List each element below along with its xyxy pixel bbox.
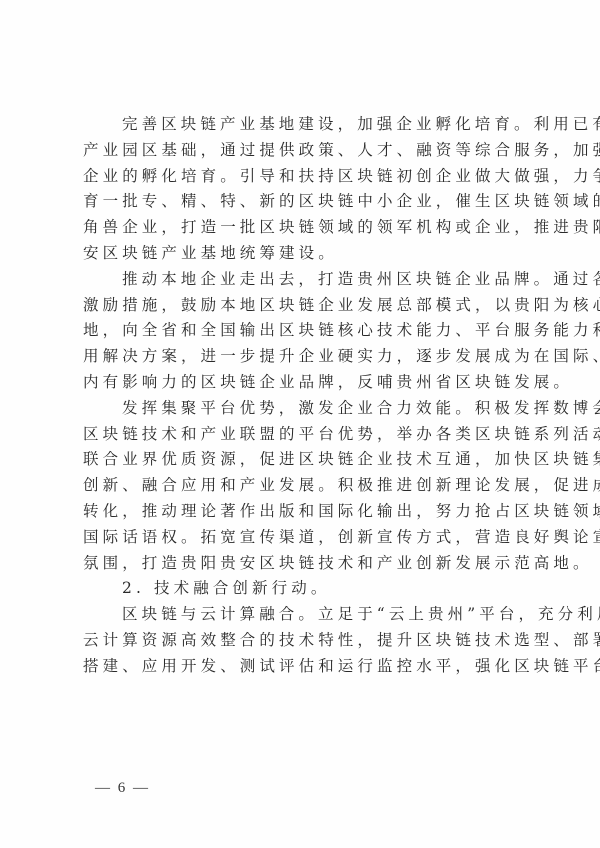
text-line: 推动本地企业走出去，打造贵州区块链企业品牌。通过各类 bbox=[83, 267, 523, 293]
text-line: 产业园区基础，通过提供政策、人才、融资等综合服务，加强对 bbox=[83, 138, 523, 164]
text-line: 转化，推动理论著作出版和国际化输出，努力抢占区块链领域的 bbox=[83, 499, 523, 525]
text-line: 国际话语权。拓宽宣传渠道，创新宣传方式，营造良好舆论宣传 bbox=[83, 525, 523, 551]
text-line: 氛围，打造贵阳贵安区块链技术和产业创新发展示范高地。 bbox=[83, 551, 523, 577]
body-text: 完善区块链产业基地建设，加强企业孵化培育。利用已有各 产业园区基础，通过提供政策… bbox=[83, 112, 523, 680]
text-line: 云计算资源高效整合的技术特性，提升区块链技术选型、部署、 bbox=[83, 628, 523, 654]
page-number: — 6 — bbox=[95, 780, 150, 797]
text-line: 联合业界优质资源，促进区块链企业技术互通，加快区块链集成 bbox=[83, 447, 523, 473]
text-line: 创新、融合应用和产业发展。积极推进创新理论发展，促进成果 bbox=[83, 473, 523, 499]
text-line: 搭建、应用开发、测试评估和运行监控水平，强化区块链平台建 bbox=[83, 654, 523, 680]
document-page: 完善区块链产业基地建设，加强企业孵化培育。利用已有各 产业园区基础，通过提供政策… bbox=[0, 0, 600, 848]
text-line: 完善区块链产业基地建设，加强企业孵化培育。利用已有各 bbox=[83, 112, 523, 138]
text-line: 安区块链产业基地统筹建设。 bbox=[83, 241, 523, 267]
text-line: 区块链技术和产业联盟的平台优势，举办各类区块链系列活动。 bbox=[83, 422, 523, 448]
section-heading: 2. 技术融合创新行动。 bbox=[83, 576, 523, 602]
text-line: 激励措施，鼓励本地区块链企业发展总部模式，以贵阳为核心基 bbox=[83, 293, 523, 319]
text-line: 地，向全省和全国输出区块链核心技术能力、平台服务能力和应 bbox=[83, 318, 523, 344]
text-line: 角兽企业，打造一批区块链领域的领军机构或企业，推进贵阳贵 bbox=[83, 215, 523, 241]
text-line: 发挥集聚平台优势，激发企业合力效能。积极发挥数博会及 bbox=[83, 396, 523, 422]
text-line: 育一批专、精、特、新的区块链中小企业，催生区块链领域的独 bbox=[83, 189, 523, 215]
text-line: 企业的孵化培育。引导和扶持区块链初创企业做大做强，力争培 bbox=[83, 164, 523, 190]
text-line: 内有影响力的区块链企业品牌，反哺贵州省区块链发展。 bbox=[83, 370, 523, 396]
text-line: 区块链与云计算融合。立足于“云上贵州”平台，充分利用 bbox=[83, 602, 523, 628]
text-line: 用解决方案，进一步提升企业硬实力，逐步发展成为在国际、国 bbox=[83, 344, 523, 370]
